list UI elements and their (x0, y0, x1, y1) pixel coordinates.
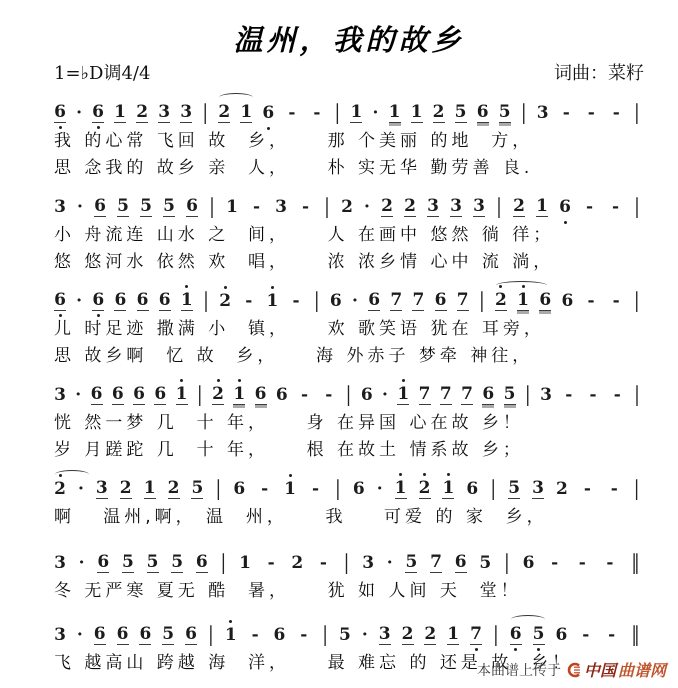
notes-line: 3·65556|1-3-|2·22333|216--| (54, 186, 644, 219)
music-system-5: 2·32125|6-1-|6·1216|532--| 啊 温州,啊， 温 州， … (54, 468, 644, 528)
key-signature: 1=♭D调4/4 (54, 59, 150, 85)
notes-line: 2·32125|6-1-|6·1216|532--| (54, 468, 644, 501)
site-logo-icon (566, 662, 582, 678)
notes-line: 6·61233|216--|1·112565|3---| (54, 92, 644, 125)
music-system-3: 6·66661|2-1-|6·67767|2166--| 儿 时足迹 撒满 小 … (54, 280, 644, 367)
lyrics-verse1: 小 舟流连 山水 之 间， 人 在画中 悠然 徜 徉； (54, 224, 644, 246)
lyrics-verse1: 冬 无严寒 夏无 酷 暑， 犹 如 人间 天 堂！ (54, 580, 644, 602)
music-system-1: 6·61233|216--|1·112565|3---| 我 的心常 飞回 故 … (54, 92, 644, 179)
upload-note: 本曲谱上传于 (477, 660, 561, 680)
music-system-4: 3·66661|2166--|6·177765|3---| 恍 然一梦 几 十 … (54, 374, 644, 461)
lyrics-verse2: 思 故乡啊 忆 故 乡， 海 外赤子 梦牵 神往， (54, 345, 644, 367)
notes-line: 3·66661|2166--|6·177765|3---| (54, 374, 644, 407)
site-name-primary: 中国 (584, 658, 616, 681)
lyrics-verse1: 恍 然一梦 几 十 年， 身 在异国 心在故 乡！ (54, 412, 644, 434)
notes-line: 3·66656|1-6-|5·32217|656--‖ (54, 614, 644, 647)
notes-line: 3·65556|1-2-|3·5765|6---‖ (54, 542, 644, 575)
music-system-6: 3·65556|1-2-|3·5765|6---‖ 冬 无严寒 夏无 酷 暑， … (54, 542, 644, 602)
notes-line: 6·66661|2-1-|6·67767|2166--| (54, 280, 644, 313)
lyrics-verse2: 思 念我的 故乡 亲 人， 朴 实无华 勤劳善 良. (54, 157, 644, 179)
lyrics-verse2: 岁 月蹉跎 几 十 年， 根 在故土 情系故 乡； (54, 439, 644, 461)
music-system-2: 3·65556|1-3-|2·22333|216--| 小 舟流连 山水 之 间… (54, 186, 644, 273)
sheet-music-page: 温州，我的故乡 1=♭D调4/4 词曲：菜籽 6·61233|216--|1·1… (0, 0, 678, 688)
composer-credit: 词曲：菜籽 (554, 59, 644, 85)
meta-row: 1=♭D调4/4 词曲：菜籽 (54, 59, 644, 85)
lyrics-verse1: 我 的心常 飞回 故 乡， 那 个美丽 的地 方， (54, 130, 644, 152)
lyrics-verse2: 悠 悠河水 依然 欢 唱， 浓 浓乡情 心中 流 淌， (54, 251, 644, 273)
lyrics-verse1: 儿 时足迹 撒满 小 镇， 欢 歌笑语 犹在 耳旁， (54, 318, 644, 340)
site-brand: 中国 曲谱网 (566, 658, 666, 681)
footer-watermark: 本曲谱上传于 中国 曲谱网 (477, 658, 666, 681)
lyrics-verse1: 啊 温州,啊， 温 州， 我 可爱 的 家 乡， (54, 506, 644, 528)
site-name-secondary: 曲谱网 (618, 658, 666, 681)
song-title: 温州，我的故乡 (54, 18, 644, 59)
